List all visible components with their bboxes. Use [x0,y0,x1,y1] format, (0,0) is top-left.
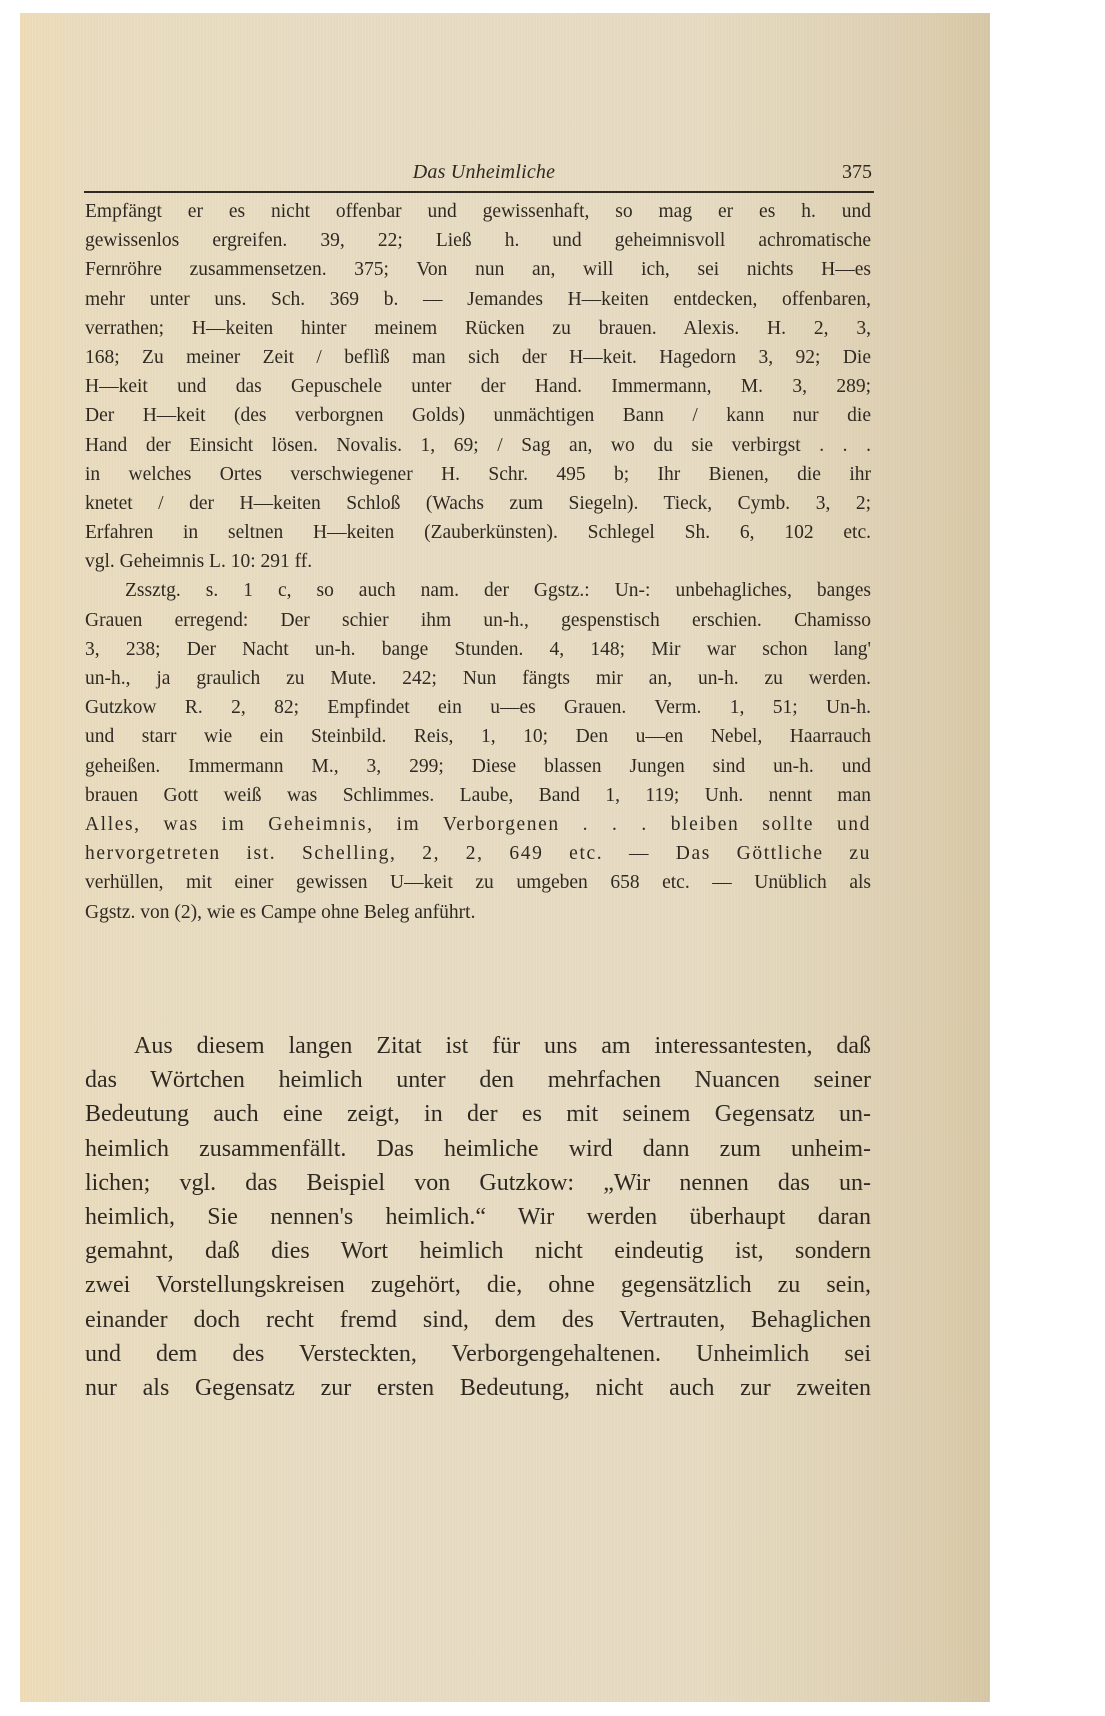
excerpt-line: Ggstz. von (2), wie es Campe ohne Beleg … [85,898,871,927]
paragraph-line: zwei Vorstellungskreisen zugehört, die, … [85,1268,871,1302]
excerpt-line: 3, 238; Der Nacht un-h. bange Stunden. 4… [85,635,871,664]
excerpt-line: mehr unter uns. Sch. 369 b. — Jemandes H… [85,285,871,314]
excerpt-line: Grauen erregend: Der schier ihm un-h., g… [85,606,871,635]
excerpt-line: Gutzkow R. 2, 82; Empfindet ein u—es Gra… [85,693,871,722]
excerpt-line: in welches Ortes verschwiegener H. Schr.… [85,460,871,489]
paragraph-line: Aus diesem langen Zitat ist für uns am i… [85,1029,871,1063]
paragraph-line: einander doch recht fremd sind, dem des … [85,1303,871,1337]
paragraph-line: heimlich, Sie nennen's heimlich.“ Wir we… [85,1200,871,1234]
excerpt-line: hervorgetreten ist. Schelling, 2, 2, 649… [85,839,871,868]
excerpt-line: geheißen. Immermann M., 3, 299; Diese bl… [85,752,871,781]
running-head: Das Unheimliche 375 [84,161,874,195]
paragraph-line: nur als Gegensatz zur ersten Bedeutung, … [85,1371,871,1405]
paragraph-line: und dem des Versteckten, Verborgengehalt… [85,1337,871,1371]
header-rule [84,191,874,193]
paragraph-line: das Wörtchen heimlich unter den mehrfach… [85,1063,871,1097]
excerpt-line: Fernröhre zusammensetzen. 375; Von nun a… [85,255,871,284]
excerpt-line: Alles, was im Geheimnis, im Verborgenen … [85,810,871,839]
excerpt-line: und starr wie ein Steinbild. Reis, 1, 10… [85,722,871,751]
excerpt-line: verhüllen, mit einer gewissen U—keit zu … [85,868,871,897]
page-number: 375 [842,161,872,184]
excerpt-line: H—keit und das Gepuschele unter der Hand… [85,372,871,401]
running-title: Das Unheimliche [84,161,874,184]
dictionary-excerpt: Empfängt er es nicht offenbar und gewiss… [85,197,871,927]
paragraph-line: gemahnt, daß dies Wort heimlich nicht ei… [85,1234,871,1268]
paragraph-line: Bedeutung auch eine zeigt, in der es mit… [85,1097,871,1131]
body-paragraph: Aus diesem langen Zitat ist für uns am i… [85,1029,871,1405]
excerpt-line: Erfahren in seltnen H—keiten (Zauberküns… [85,518,871,547]
excerpt-line: Zssztg. s. 1 c, so auch nam. der Ggstz.:… [85,576,871,605]
excerpt-line: 168; Zu meiner Zeit / beflìß man sich de… [85,343,871,372]
excerpt-line: un-h., ja graulich zu Mute. 242; Nun fän… [85,664,871,693]
paragraph-line: heimlich zusammenfällt. Das heimliche wi… [85,1132,871,1166]
excerpt-line: vgl. Geheimnis L. 10: 291 ff. [85,547,871,576]
paragraph-line: lichen; vgl. das Beispiel von Gutzkow: „… [85,1166,871,1200]
excerpt-line: verrathen; H—keiten hinter meinem Rücken… [85,314,871,343]
book-page: Das Unheimliche 375 Empfängt er es nicht… [20,13,990,1702]
excerpt-line: gewissenlos ergreifen. 39, 22; Ließ h. u… [85,226,871,255]
excerpt-line: brauen Gott weiß was Schlimmes. Laube, B… [85,781,871,810]
excerpt-line: knetet / der H—keiten Schloß (Wachs zum … [85,489,871,518]
excerpt-line: Der H—keit (des verborgnen Golds) unmäch… [85,401,871,430]
excerpt-line: Hand der Einsicht lösen. Novalis. 1, 69;… [85,431,871,460]
excerpt-line: Empfängt er es nicht offenbar und gewiss… [85,197,871,226]
